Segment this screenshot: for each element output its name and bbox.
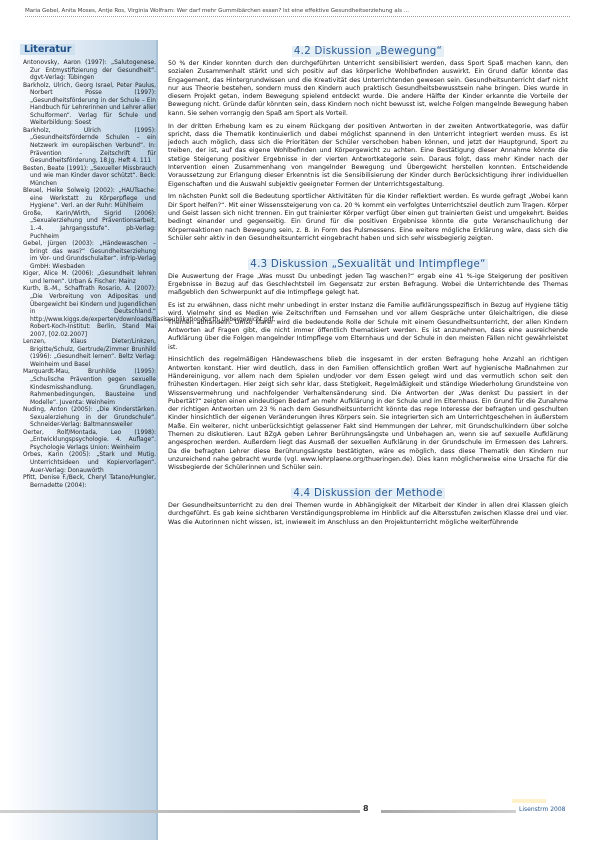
paragraph: Hinsichtlich des regelmäßigen Händewasch… bbox=[168, 356, 568, 472]
reference-item: Barkholz, Ulrich (1995): „Gesundheitsför… bbox=[23, 128, 156, 166]
reference-item: Orbes, Karin (2005): „Stark und Mutig. U… bbox=[23, 452, 156, 475]
section-heading-4-2: 4.2 Diskussion „Bewegung“ bbox=[168, 46, 568, 58]
reference-item: Kurth, B.-M., Schaffrath Rosario, A. (20… bbox=[23, 286, 156, 339]
reference-item: Marquardt-Mau, Brunhilde (1995): „Schuli… bbox=[23, 369, 156, 407]
section-heading-4-4: 4.4 Diskussion der Methode bbox=[168, 488, 568, 500]
paragraph: Im nächsten Punkt soll die Bedeutung spo… bbox=[168, 193, 568, 243]
reference-item: Barkholz, Ulrich, Georg Israel, Peter Pa… bbox=[23, 83, 156, 128]
journal-name: Lisenstrm 2008 bbox=[519, 806, 566, 813]
reference-item: Nuding, Anton (2005): „Die Kinderstärken… bbox=[23, 407, 156, 430]
footer-rule-right bbox=[381, 810, 516, 813]
reference-item: Antonovsky, Aaron (1997): „Salutogenese.… bbox=[23, 60, 156, 83]
reference-item: Bleuel, Heike Solweig (2002): „HAUTsache… bbox=[23, 188, 156, 211]
reference-item: Besten, Beate (1991): „Sexueller Missbra… bbox=[23, 166, 156, 189]
running-head: Maria Gebel, Anita Moses, Antje Ros, Vir… bbox=[25, 8, 570, 17]
reference-item: Pfitt, Denise F./Beck, Cheryl Tatano/Hun… bbox=[23, 475, 156, 490]
paragraph: In der dritten Erhebung kam es zu einem … bbox=[168, 123, 568, 189]
paragraph: Der Gesundheitsunterricht zu den drei Th… bbox=[168, 502, 568, 527]
spacer bbox=[168, 477, 568, 488]
section-heading-4-3: 4.3 Diskussion „Sexualität und Intimpfle… bbox=[168, 259, 568, 271]
spacer bbox=[168, 248, 568, 259]
paragraph: 50 % der Kinder konnten durch den durchg… bbox=[168, 60, 568, 118]
footer-rule-left bbox=[0, 810, 360, 813]
reference-item: Kiger, Alice M. (2006): „Gesundheit lehr… bbox=[23, 271, 156, 286]
journal-accent bbox=[512, 799, 546, 803]
page-number: 8 bbox=[363, 804, 369, 813]
paragraph: Es ist zu erwähnen, dass nicht mehr unbe… bbox=[168, 302, 568, 352]
reference-item: Große, Karin/Wirth, Sigrid (2006): „Sexu… bbox=[23, 211, 156, 241]
reference-item: Gebel, Jürgen (2003): „Händewaschen – br… bbox=[23, 241, 156, 271]
paragraph: Die Auswertung der Frage „Was musst Du u… bbox=[168, 273, 568, 298]
reference-item: Lenzen, Klaus Dieter/Linkzen, Brigitte/S… bbox=[23, 339, 156, 369]
references-title: Literatur bbox=[20, 44, 75, 55]
references-list: Antonovsky, Aaron (1997): „Salutogenese.… bbox=[23, 60, 156, 490]
reference-item: Oerter, Rolf/Montada, Leo (1998): „Entwi… bbox=[23, 430, 156, 453]
main-column: 4.2 Diskussion „Bewegung“ 50 % der Kinde… bbox=[168, 46, 568, 531]
